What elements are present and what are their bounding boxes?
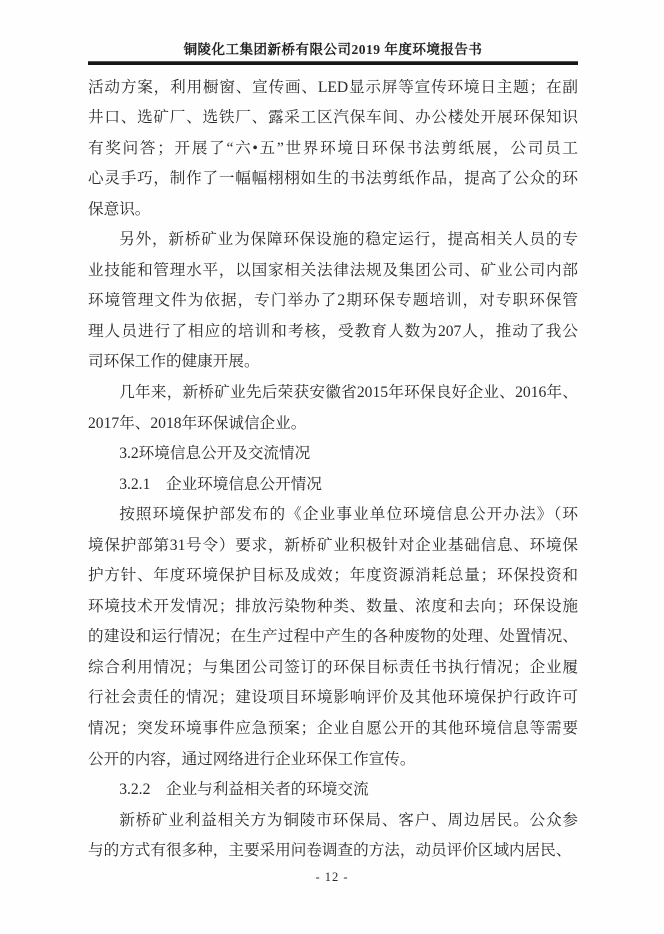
document-page: 铜陵化工集团新桥有限公司2019 年度环境报告书 活动方案，利用橱窗、宣传画、L… [0,0,664,934]
page-number: - 12 - [0,869,664,886]
text-line: 2017年、2018年环保诚信企业。 [88,409,578,440]
text-line: 新桥矿业利益相关方为铜陵市环保局、客户、周边居民。公众参 [88,806,578,837]
text-line: 活动方案，利用橱窗、宣传画、LED显示屏等宣传环境日主题；在副 [88,73,578,104]
header-rule [88,61,578,65]
text-line: 保意识。 [88,195,578,226]
section-heading: 3.2环境信息公开及交流情况 [88,439,578,470]
document-header-title: 铜陵化工集团新桥有限公司2019 年度环境报告书 [88,38,578,58]
text-line: 业技能和管理水平，以国家相关法律法规及集团公司、矿业公司内部 [88,256,578,287]
text-line: 心灵手巧，制作了一幅幅栩栩如生的书法剪纸作品，提高了公众的环 [88,164,578,195]
text-line: 的建设和运行情况；在生产过程中产生的各种废物的处理、处置情况、 [88,622,578,653]
text-line: 环境管理文件为依据，专门举办了2期环保专题培训，对专职环保管 [88,286,578,317]
text-line: 环境技术开发情况；排放污染物种类、数量、浓度和去向；环保设施 [88,592,578,623]
text-line: 综合利用情况；与集团公司签订的环保目标责任书执行情况；企业履 [88,653,578,684]
text-line: 另外，新桥矿业为保障环保设施的稳定运行，提高相关人员的专 [88,225,578,256]
text-line: 境保护部第31号令）要求，新桥矿业积极针对企业基础信息、环境保 [88,531,578,562]
text-line: 行社会责任的情况；建设项目环境影响评价及其他环境保护行政许可 [88,683,578,714]
text-line: 护方针、年度环境保护目标及成效；年度资源消耗总量；环保投资和 [88,561,578,592]
text-line: 理人员进行了相应的培训和考核，受教育人数为207人，推动了我公 [88,317,578,348]
text-line: 几年来，新桥矿业先后荣获安徽省2015年环保良好企业、2016年、 [88,378,578,409]
section-heading: 3.2.1 企业环境信息公开情况 [88,470,578,501]
text-line: 有奖问答；开展了“六•五”世界环境日环保书法剪纸展，公司员工 [88,134,578,165]
section-heading: 3.2.2 企业与利益相关者的环境交流 [88,775,578,806]
text-line: 与的方式有很多种，主要采用问卷调查的方法，动员评价区域内居民、 [88,836,578,867]
text-line: 司环保工作的健康开展。 [88,347,578,378]
text-line: 按照环境保护部发布的《企业事业单位环境信息公开办法》（环 [88,500,578,531]
document-body: 活动方案，利用橱窗、宣传画、LED显示屏等宣传环境日主题；在副井口、选矿厂、选铁… [88,73,578,867]
text-line: 井口、选矿厂、选铁厂、露采工区汽保车间、办公楼处开展环保知识 [88,103,578,134]
text-line: 公开的内容，通过网络进行企业环保工作宣传。 [88,745,578,776]
text-line: 情况；突发环境事件应急预案；企业自愿公开的其他环境信息等需要 [88,714,578,745]
